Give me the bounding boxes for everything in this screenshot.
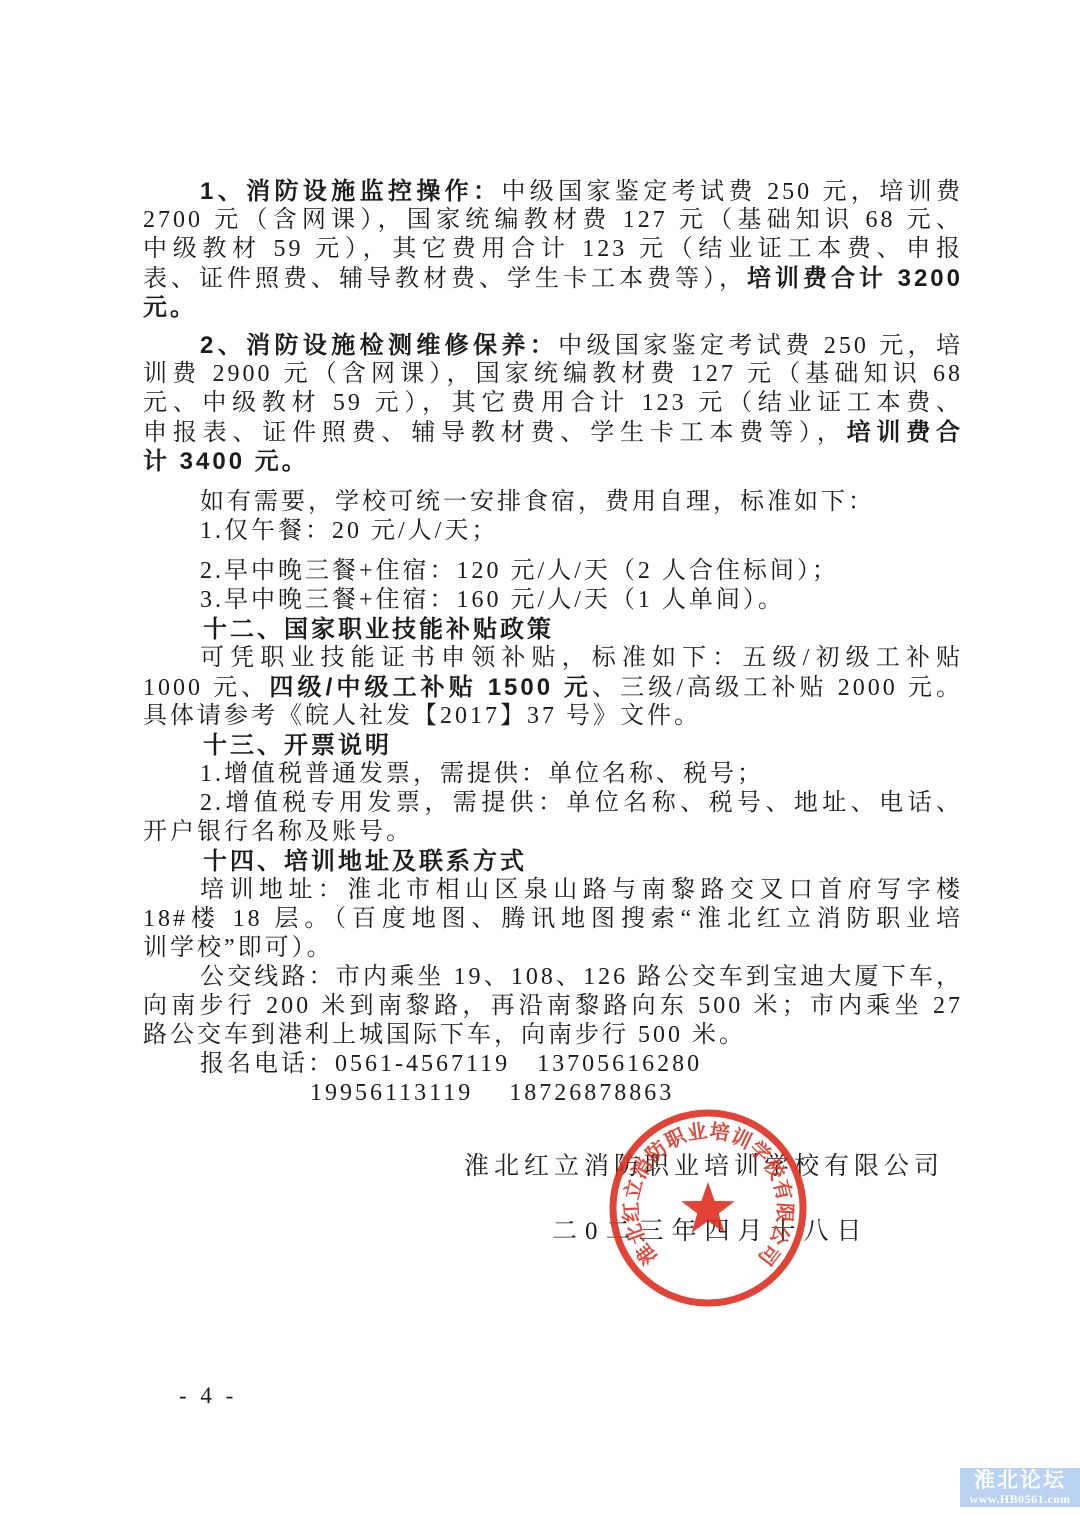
text-segment: 元、中级教材 59 元），其它费用合计 123 元（结业证工本费、: [143, 390, 963, 416]
red-star-icon: [681, 1182, 734, 1233]
text-line: 公交线路：市内乘坐 19、108、126 路公交车到宝迪大厦下车，: [143, 963, 963, 992]
bold-text-segment: 元。: [143, 294, 197, 321]
text-segment: 中级教材 59 元），其它费用合计 123 元（结业证工本费、申报: [143, 236, 963, 262]
text-line: 路公交车到港利上城国际下车，向南步行 500 米。: [143, 1021, 963, 1050]
text-segment: 开户银行名称及账号。: [143, 819, 413, 845]
text-segment: 2700 元（含网课），国家统编教材费 127 元（基础知识 68 元、: [143, 207, 963, 233]
text-line: 报名电话：0561-4567119 13705616280: [143, 1050, 963, 1079]
company-seal-stamp: 淮北红立消防职业培训学校有限公司: [606, 1106, 810, 1310]
text-segment: 路公交车到港利上城国际下车，向南步行 500 米。: [143, 1022, 746, 1048]
bold-text-segment: 计 3400 元。: [143, 448, 309, 475]
document-page: 1、消防设施监控操作：中级国家鉴定考试费 250 元，培训费2700 元（含网课…: [0, 0, 1080, 1515]
text-segment: 如有需要，学校可统一安排食宿，费用自理，标准如下：: [200, 489, 875, 515]
document-body: 1、消防设施监控操作：中级国家鉴定考试费 250 元，培训费2700 元（含网课…: [143, 177, 963, 1108]
text-line: 具体请参考《皖人社发【2017】37 号》文件。: [143, 702, 963, 731]
text-line: 训学校”即可）。: [143, 934, 963, 963]
text-line: 元、中级教材 59 元），其它费用合计 123 元（结业证工本费、: [143, 389, 963, 418]
text-line: 培训地址：淮北市相山区泉山路与南黎路交叉口首府写字楼: [143, 876, 963, 905]
text-line: 2.增值税专用发票，需提供：单位名称、税号、地址、电话、: [143, 789, 963, 818]
bold-text-segment: 十四、培训地址及联系方式: [203, 848, 527, 875]
text-segment: 表、证件照费、辅导教材费、学生卡工本费等），: [143, 266, 747, 292]
text-line: 1.仅午餐：20 元/人/天；: [143, 517, 963, 546]
text-segment: 中级国家鉴定考试费 250 元，培: [558, 333, 963, 359]
bold-text-segment: 培训费合计 3200: [747, 265, 963, 292]
text-line: 向南步行 200 米到南黎路，再沿南黎路向东 500 米；市内乘坐 27: [143, 992, 963, 1021]
text-segment: 1.仅午餐：20 元/人/天；: [200, 518, 498, 544]
text-line: 十二、国家职业技能补贴政策: [143, 615, 963, 644]
text-line: 中级教材 59 元），其它费用合计 123 元（结业证工本费、申报: [143, 235, 963, 264]
bold-text-segment: 十三、开票说明: [203, 732, 392, 759]
text-segment: 训学校”即可）。: [143, 935, 334, 961]
bold-text-segment: 培训费合: [847, 419, 963, 446]
bold-text-segment: 2、消防设施检测维修保养：: [200, 332, 558, 359]
bold-text-segment: 1、消防设施监控操作：: [200, 178, 501, 205]
text-segment: 19956113119 18726878863: [310, 1080, 674, 1106]
text-segment: 18#楼 18 层。（百度地图、腾讯地图搜索“淮北红立消防职业培: [143, 906, 963, 932]
text-segment: 中级国家鉴定考试费 250 元，培训费: [501, 179, 963, 205]
forum-watermark-title: 淮北论坛: [960, 1469, 1080, 1493]
text-segment: 可凭职业技能证书申领补贴，标准如下：五级/初级工补贴: [200, 645, 963, 671]
text-line: 十三、开票说明: [143, 731, 963, 760]
text-line: 2700 元（含网课），国家统编教材费 127 元（基础知识 68 元、: [143, 206, 963, 235]
text-segment: 具体请参考《皖人社发【2017】37 号》文件。: [143, 703, 701, 729]
text-line: 计 3400 元。: [143, 447, 963, 476]
text-segment: 2.增值税专用发票，需提供：单位名称、税号、地址、电话、: [200, 790, 963, 816]
forum-watermark-url: www.HB0561.com: [960, 1493, 1080, 1506]
text-line: 申报表、证件照费、辅导教材费、学生卡工本费等），培训费合: [143, 418, 963, 447]
forum-watermark: 淮北论坛 www.HB0561.com: [960, 1468, 1080, 1507]
text-line: 元。: [143, 293, 963, 322]
text-line: 1、消防设施监控操作：中级国家鉴定考试费 250 元，培训费: [143, 177, 963, 206]
text-line: 如有需要，学校可统一安排食宿，费用自理，标准如下：: [143, 488, 963, 517]
text-segment: 申报表、证件照费、辅导教材费、学生卡工本费等），: [143, 420, 847, 446]
text-segment: 、三级/高级工补贴 2000 元。: [592, 675, 963, 701]
text-segment: 2.早中晚三餐+住宿：120 元/人/天（2 人合住标间）；: [200, 558, 839, 584]
bold-text-segment: 十二、国家职业技能补贴政策: [203, 616, 554, 643]
text-segment: 向南步行 200 米到南黎路，再沿南黎路向东 500 米；市内乘坐 27: [143, 993, 963, 1019]
text-line: 1.增值税普通发票，需提供：单位名称、税号；: [143, 760, 963, 789]
page-number: - 4 -: [179, 1383, 237, 1409]
text-line: 3.早中晚三餐+住宿：160 元/人/天（1 人单间）。: [143, 586, 963, 615]
text-line: 开户银行名称及账号。: [143, 818, 963, 847]
text-segment: 1000 元、: [143, 675, 269, 701]
text-segment: 培训地址：淮北市相山区泉山路与南黎路交叉口首府写字楼: [200, 877, 963, 903]
text-line: 可凭职业技能证书申领补贴，标准如下：五级/初级工补贴: [143, 644, 963, 673]
text-line: 1000 元、四级/中级工补贴 1500 元、三级/高级工补贴 2000 元。: [143, 673, 963, 702]
text-segment: 1.增值税普通发票，需提供：单位名称、税号；: [200, 761, 764, 787]
bold-text-segment: 四级/中级工补贴 1500 元: [269, 674, 592, 701]
text-segment: 训费 2900 元（含网课），国家统编教材费 127 元（基础知识 68: [143, 361, 963, 387]
text-line: 训费 2900 元（含网课），国家统编教材费 127 元（基础知识 68: [143, 360, 963, 389]
text-line: 18#楼 18 层。（百度地图、腾讯地图搜索“淮北红立消防职业培: [143, 905, 963, 934]
text-line: 19956113119 18726878863: [143, 1079, 963, 1108]
text-segment: 报名电话：0561-4567119 13705616280: [200, 1051, 702, 1077]
text-line: 2.早中晚三餐+住宿：120 元/人/天（2 人合住标间）；: [143, 557, 963, 586]
text-line: 十四、培训地址及联系方式: [143, 847, 963, 876]
text-line: 2、消防设施检测维修保养：中级国家鉴定考试费 250 元，培: [143, 331, 963, 360]
text-segment: 公交线路：市内乘坐 19、108、126 路公交车到宝迪大厦下车，: [200, 964, 963, 990]
text-line: 表、证件照费、辅导教材费、学生卡工本费等），培训费合计 3200: [143, 264, 963, 293]
text-segment: 3.早中晚三餐+住宿：160 元/人/天（1 人单间）。: [200, 587, 785, 613]
